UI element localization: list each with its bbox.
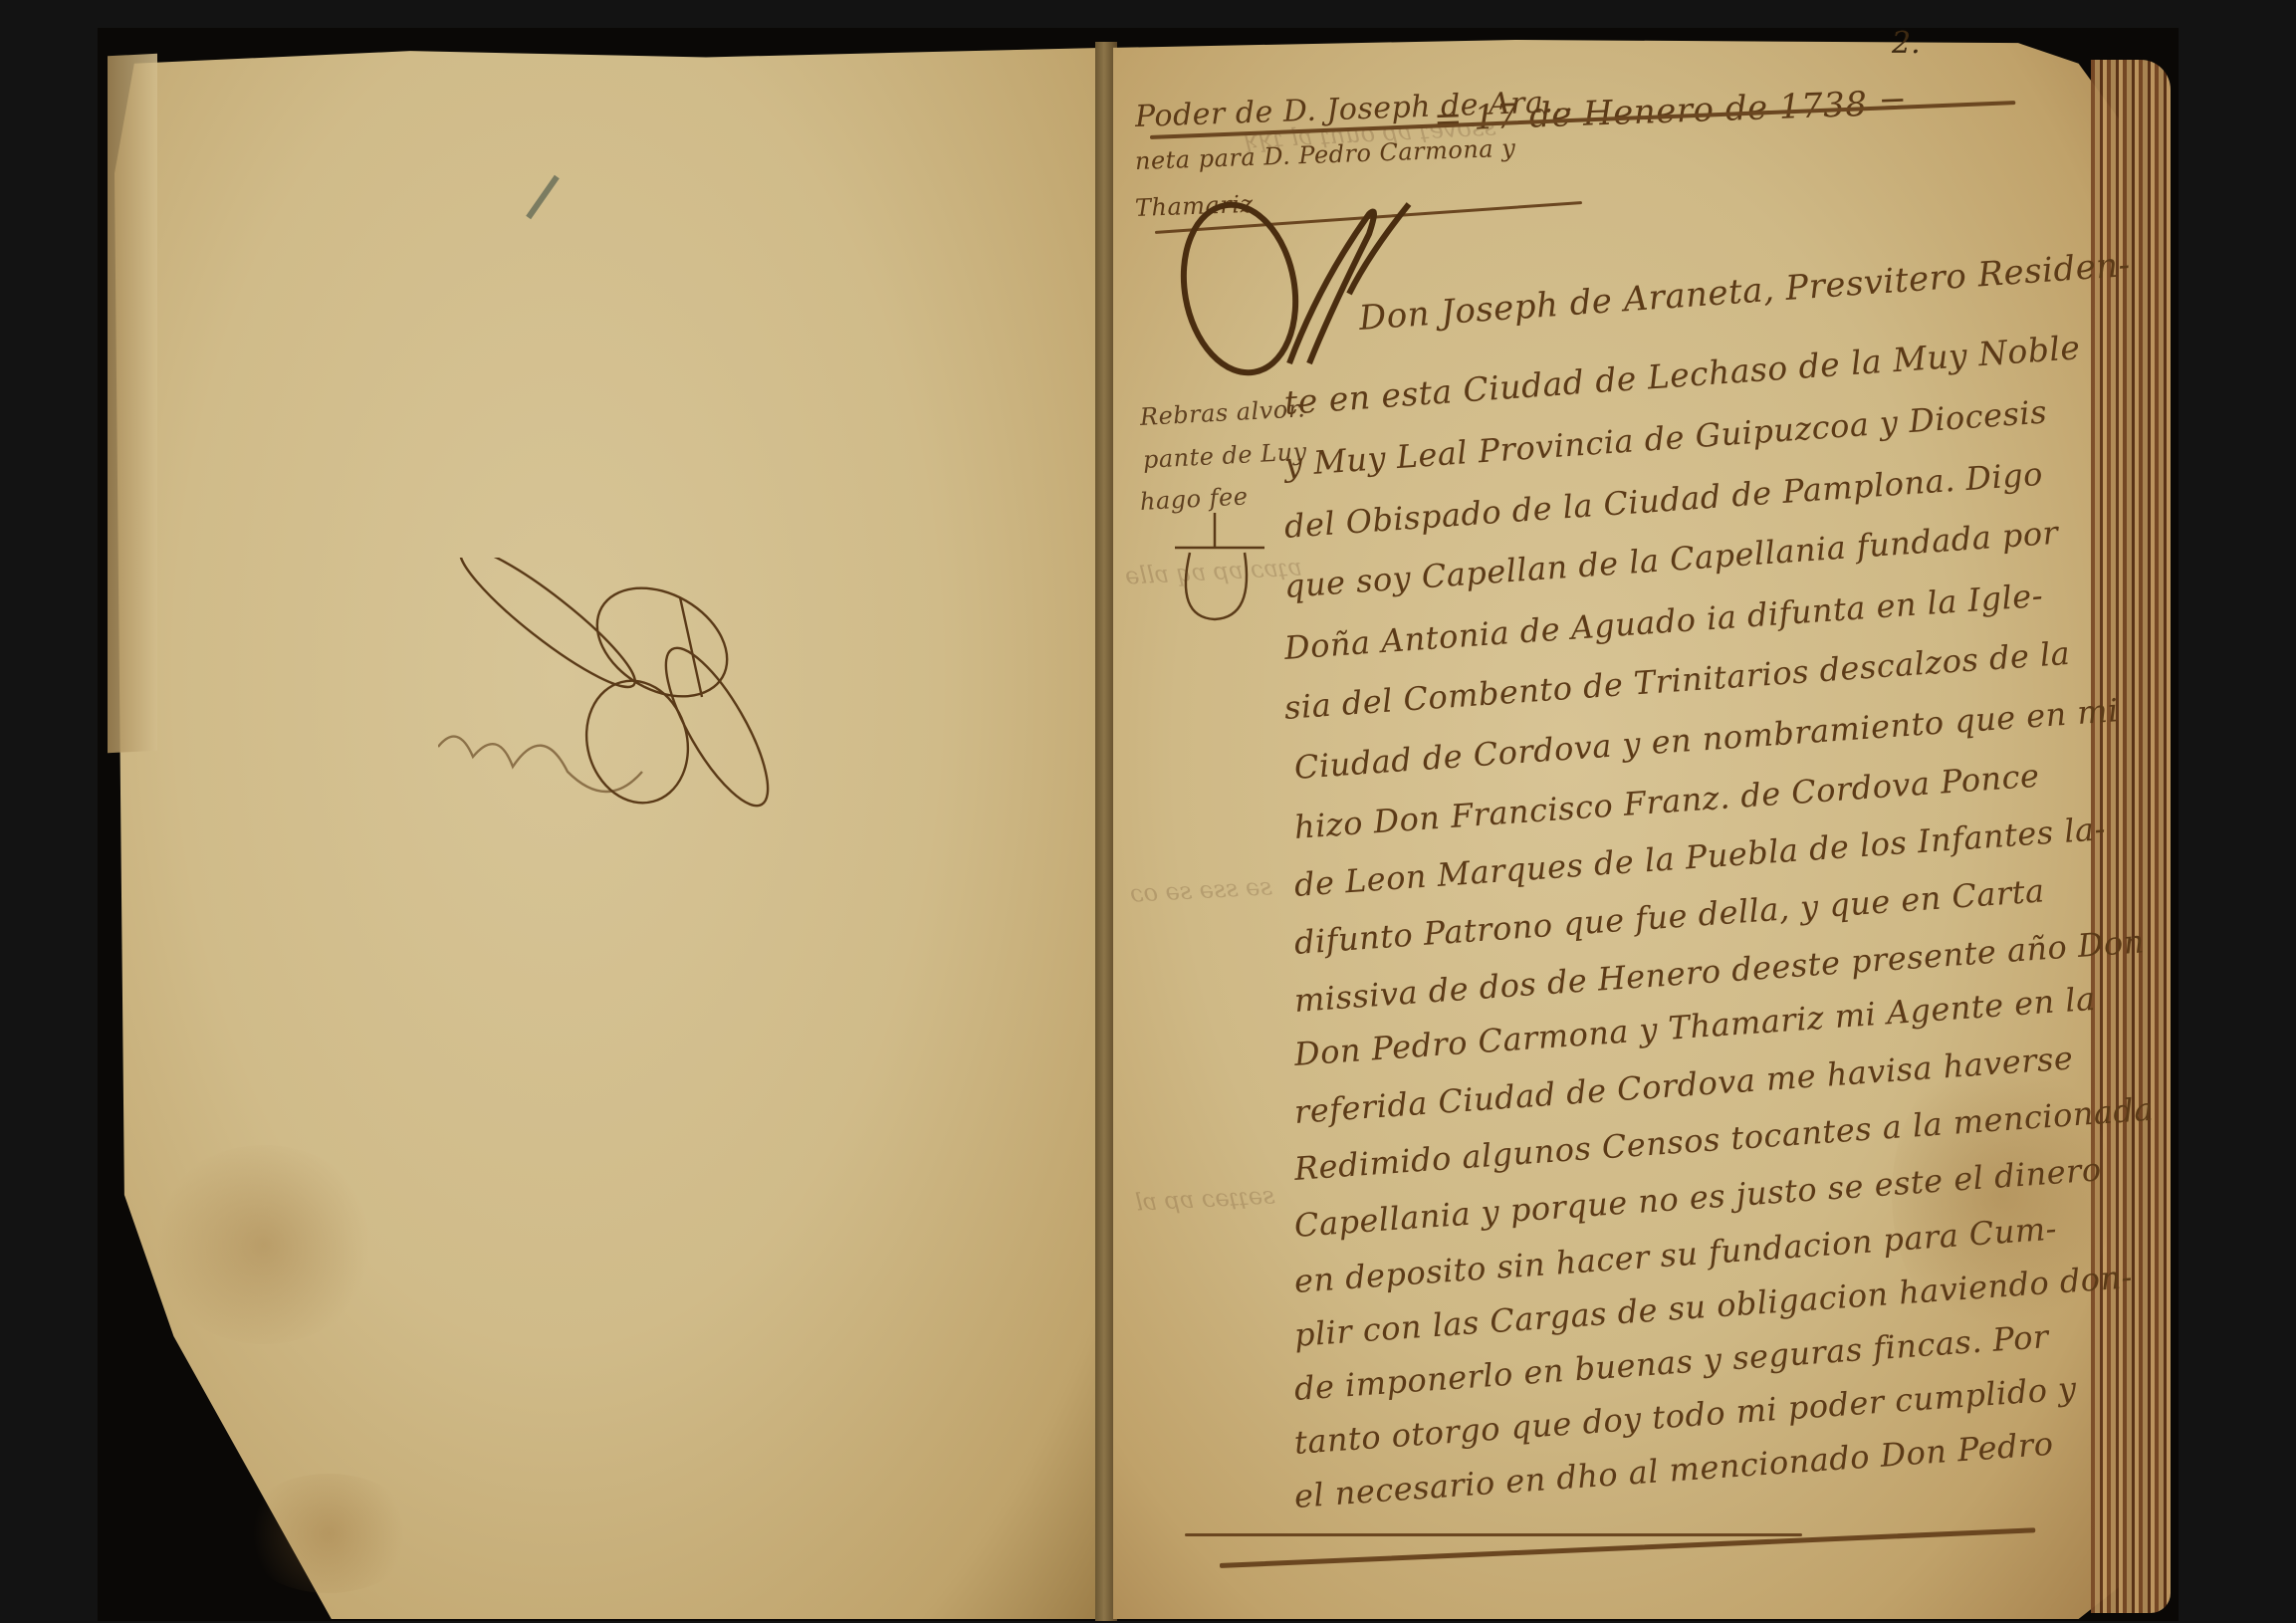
water-stain xyxy=(239,1474,418,1593)
closing-rule xyxy=(1185,1533,1802,1536)
notary-sign-icon xyxy=(1155,508,1274,627)
water-stain xyxy=(149,1145,378,1344)
left-page-folded-edge xyxy=(108,54,157,754)
left-page xyxy=(115,48,1100,1619)
decorative-initial-d-icon xyxy=(1170,194,1419,383)
rubric-flourish-icon xyxy=(438,558,777,816)
page-number: 2. xyxy=(1892,26,1921,61)
